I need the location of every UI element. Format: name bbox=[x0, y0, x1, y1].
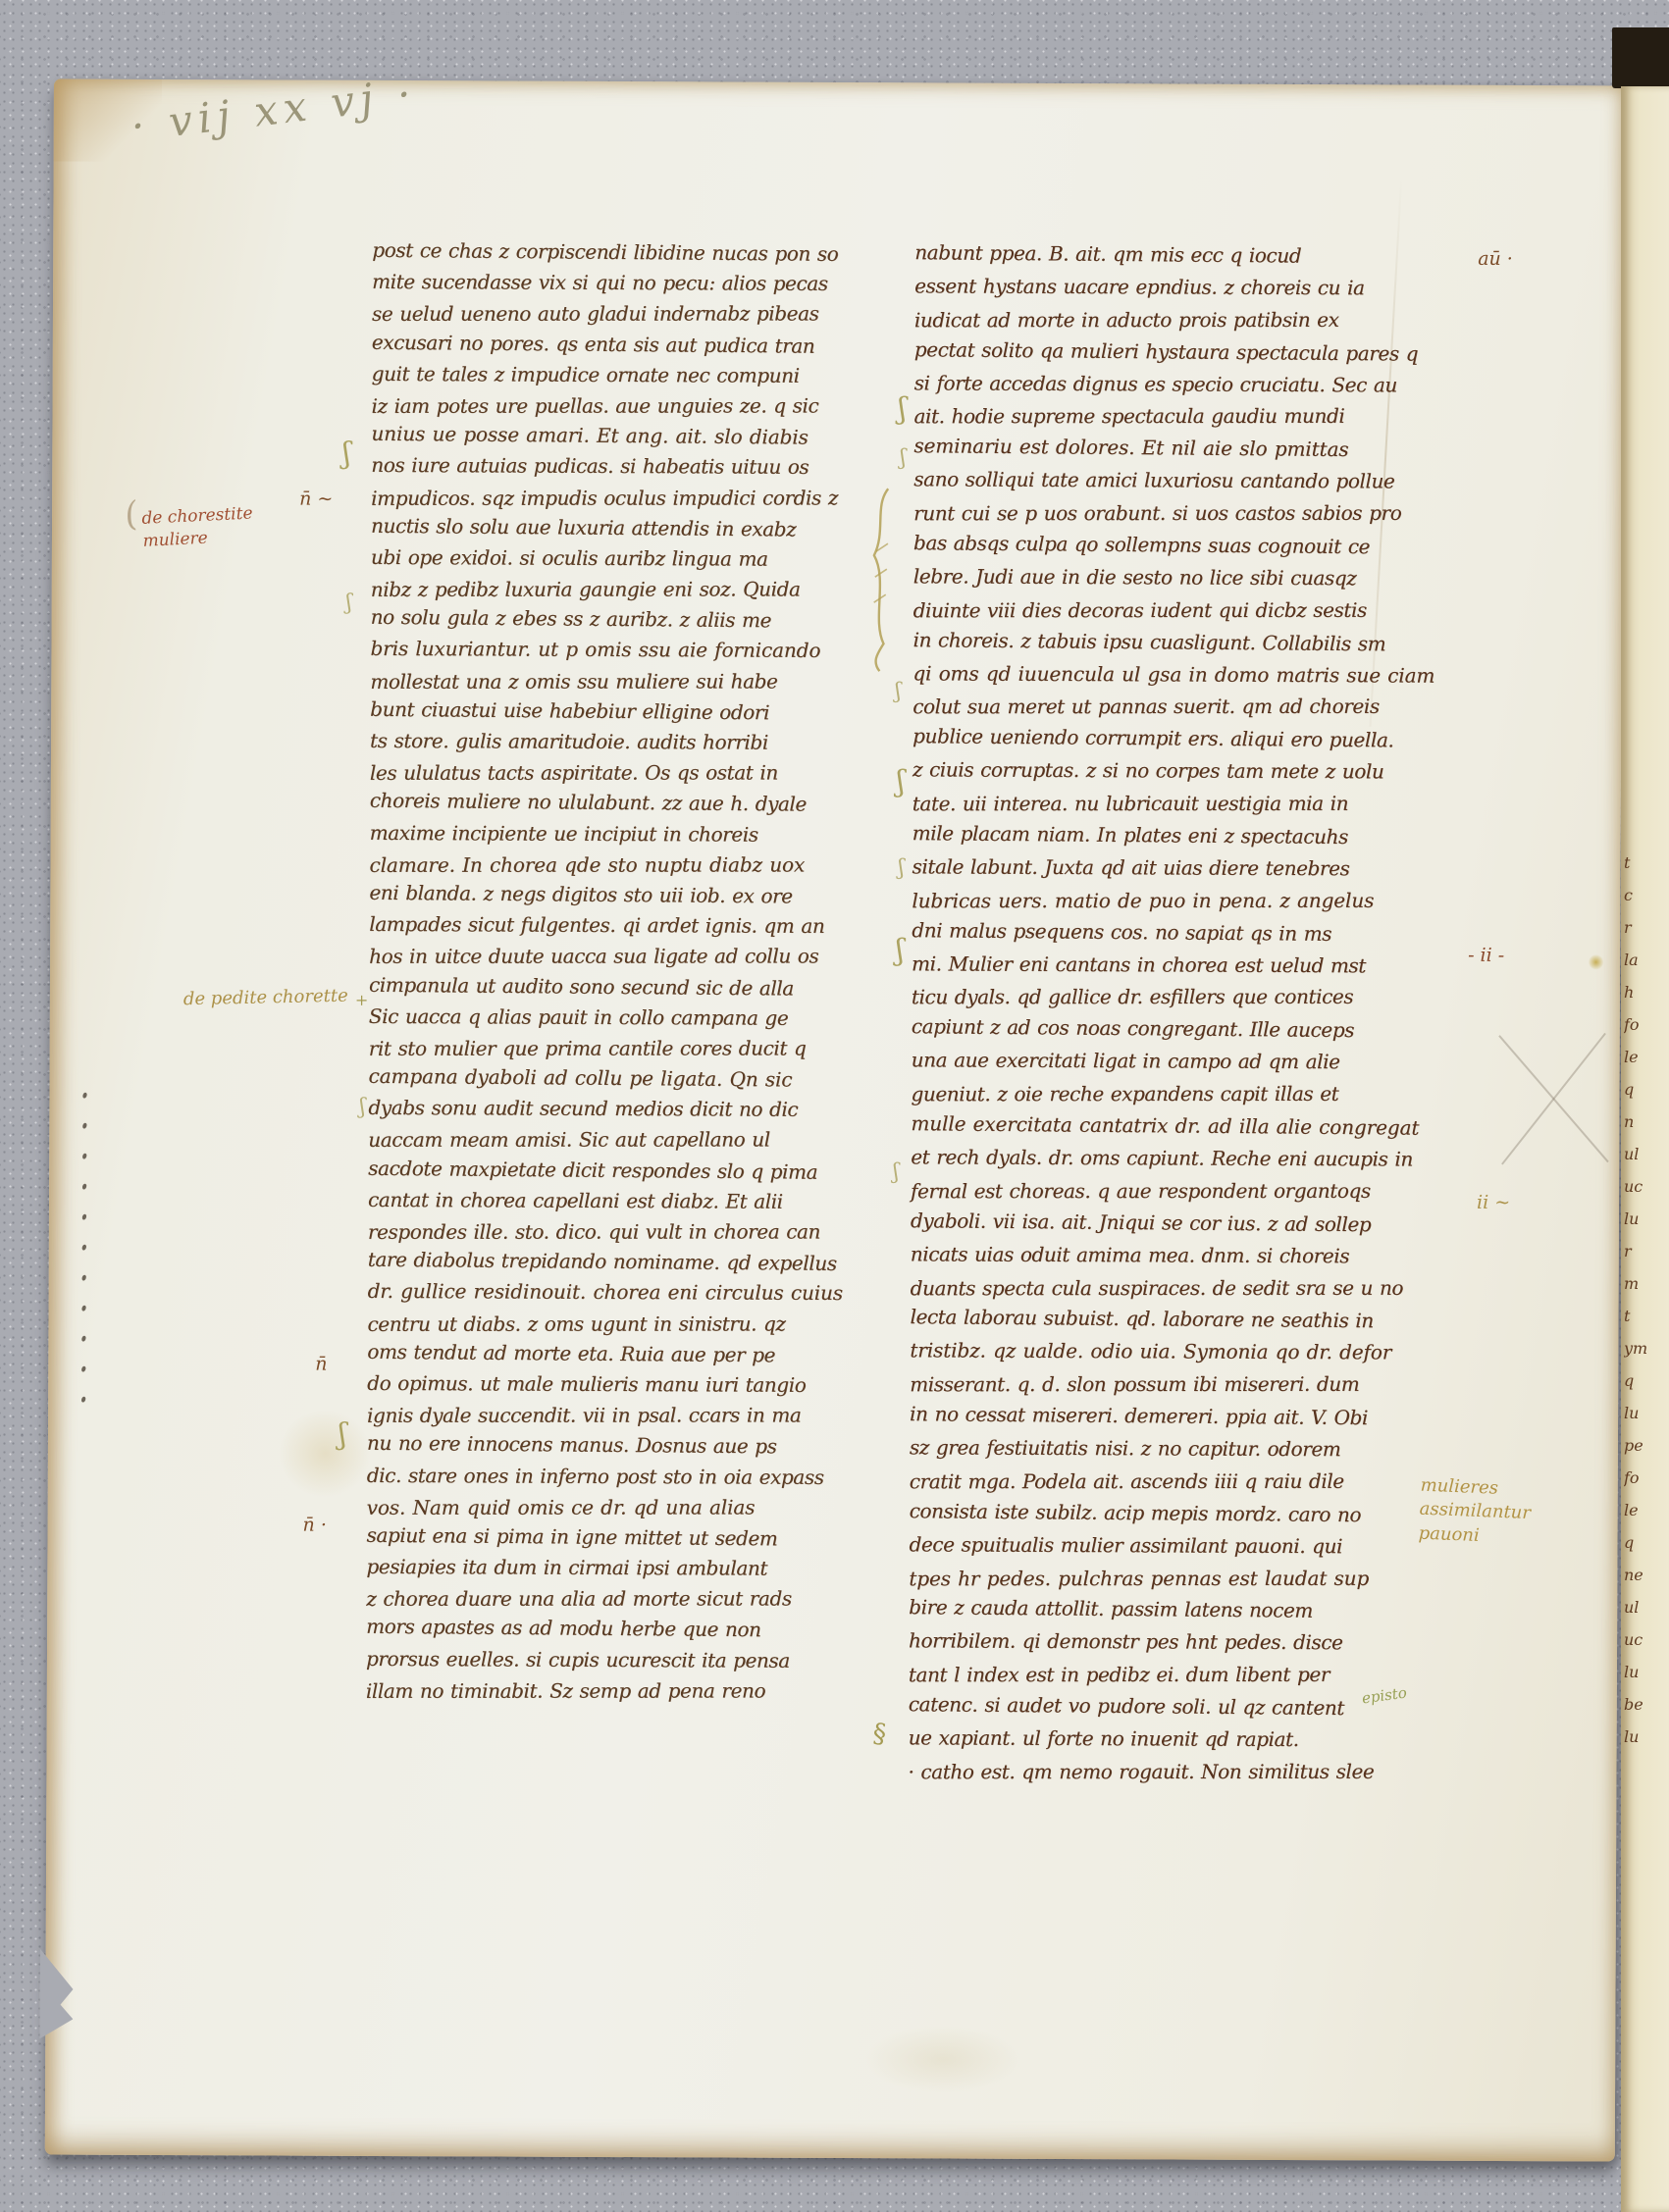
edge-fragment: pe bbox=[1624, 1436, 1669, 1468]
edge-fragment: be bbox=[1624, 1695, 1669, 1727]
edge-fragment: h bbox=[1624, 983, 1669, 1015]
text-line: z chorea duare una alia ad morte sicut r… bbox=[366, 1587, 896, 1619]
text-line: mile placam niam. In plates eni z specta… bbox=[913, 821, 1447, 858]
paraph-mark-icon bbox=[900, 447, 906, 469]
paraph-mark-icon bbox=[873, 1719, 887, 1749]
nota-mark: aū · bbox=[1478, 248, 1513, 270]
paraph-mark-icon bbox=[896, 936, 904, 965]
paraph-mark-icon bbox=[342, 439, 350, 469]
margin-note-ochre-right: mulieres assimilantur pauoni bbox=[1418, 1474, 1532, 1550]
paraph-mark-icon bbox=[359, 1097, 365, 1118]
text-line: si forte accedas dignus es specio crucia… bbox=[914, 371, 1449, 405]
text-line: bris luxuriantur. ut p omis ssu aie forn… bbox=[370, 637, 900, 670]
text-line: centru ut diabs. z oms ugunt in sinistru… bbox=[367, 1312, 897, 1343]
text-line: sz grea festiuitatis nisi. z no capitur.… bbox=[910, 1435, 1444, 1469]
text-line: sacdote maxpietate dicit respondes slo q… bbox=[368, 1156, 898, 1191]
text-line: guit te tales z impudice ornate nec comp… bbox=[372, 362, 902, 395]
text-line: cratit mga. Podela ait. ascends iiii q r… bbox=[910, 1469, 1444, 1502]
text-column-1: post ce chas z corpiscendi libidine nuca… bbox=[366, 239, 903, 1710]
text-line: eni blanda. z negs digitos sto uii iob. … bbox=[369, 881, 899, 916]
text-line: consista iste subilz. acip mepis mordz. … bbox=[909, 1499, 1443, 1536]
text-line: se uelud ueneno auto gladui indernabz pi… bbox=[372, 302, 902, 334]
text-line: in no cessat misereri. demereri. ppia ai… bbox=[910, 1402, 1444, 1439]
folio-number: · vij xx vj · bbox=[129, 69, 419, 150]
text-line: uaccam meam amisi. Sic aut capellano ul bbox=[368, 1128, 898, 1159]
text-line: lecta laborau subuist. qd. laborare ne s… bbox=[910, 1306, 1444, 1343]
text-line: lampades sicut fulgentes. qi ardet ignis… bbox=[369, 912, 899, 946]
text-line: tpes hr pedes. pulchras pennas est lauda… bbox=[909, 1566, 1443, 1598]
text-line: misserant. q. d. slon possum ibi miserer… bbox=[910, 1372, 1444, 1405]
text-line: ticu dyals. qd gallice dr. esfillers que… bbox=[912, 985, 1446, 1017]
text-line: lebre. Judi aue in die sesto no lice sib… bbox=[913, 564, 1448, 598]
text-line: sano solliqui tate amici luxuriosu canta… bbox=[913, 468, 1448, 502]
text-line: cantat in chorea capellani est diabz. Et… bbox=[368, 1188, 898, 1221]
edge-fragment: q bbox=[1624, 1533, 1669, 1566]
text-line: essent hystans uacare epndius. z choreis… bbox=[914, 274, 1449, 308]
edge-fragment: uc bbox=[1624, 1177, 1669, 1209]
nota-mark: n̄ · bbox=[303, 1515, 327, 1536]
edge-fragment: q bbox=[1624, 1080, 1669, 1112]
text-line: runt cui se p uos orabunt. si uos castos… bbox=[913, 501, 1448, 534]
text-line: oms tendut ad morte eta. Ruia aue per pe bbox=[367, 1339, 897, 1374]
text-line: impudicos. sqz impudis oculus impudici c… bbox=[371, 486, 901, 517]
text-line: qi oms qd iuuencula ul gsa in domo matri… bbox=[913, 661, 1447, 695]
margin-note-line: muliere bbox=[142, 525, 254, 552]
text-line: mors apastes as ad modu herbe que non bbox=[366, 1615, 896, 1650]
edge-fragment: ym bbox=[1624, 1339, 1669, 1371]
edge-fragment: fo bbox=[1624, 1468, 1669, 1501]
paraph-mark-icon bbox=[898, 857, 904, 879]
text-line: vos. Nam quid omis ce dr. qd una alias bbox=[367, 1495, 897, 1526]
paraph-mark-icon bbox=[339, 1420, 346, 1450]
text-line: respondes ille. sto. dico. qui vult in c… bbox=[368, 1219, 898, 1251]
text-line: tate. uii interea. nu lubricauit uestigi… bbox=[913, 792, 1447, 824]
edge-fragment: uc bbox=[1624, 1630, 1669, 1663]
text-line: publice ueniendo corrumpit ers. aliqui e… bbox=[913, 725, 1447, 762]
text-line: hos in uitce duute uacca sua ligate ad c… bbox=[369, 945, 899, 976]
edge-fragment: lu bbox=[1624, 1209, 1669, 1242]
edge-fragment: lu bbox=[1624, 1727, 1669, 1760]
text-line: pesiapies ita dum in cirmai ipsi ambulan… bbox=[366, 1555, 896, 1588]
text-line: horribilem. qi demonstr pes hnt pedes. d… bbox=[909, 1629, 1443, 1664]
margin-note-line: pauoni bbox=[1418, 1521, 1530, 1550]
text-line: colut sua meret ut pannas suerit. qm ad … bbox=[913, 694, 1447, 727]
text-line: ue xapiant. ul forte no inuenit qd rapia… bbox=[909, 1725, 1443, 1760]
paraph-mark-icon bbox=[898, 394, 906, 424]
pricking-holes bbox=[81, 1068, 87, 1427]
text-line: mite sucendasse vix si qui no pecu: alio… bbox=[372, 270, 902, 303]
parchment-stain bbox=[279, 1410, 372, 1498]
text-line: dyaboli. vii isa. ait. Jniqui se cor ius… bbox=[911, 1209, 1445, 1246]
text-line: · catho est. qm nemo rogauit. Non simili… bbox=[908, 1760, 1442, 1792]
edge-fragment: m bbox=[1624, 1274, 1669, 1307]
paraph-mark-icon bbox=[893, 1161, 899, 1183]
text-line: illam no timinabit. Sz semp ad pena reno bbox=[366, 1678, 896, 1710]
paraph-mark-icon bbox=[897, 767, 905, 797]
text-line: dic. stare ones in inferno post sto in o… bbox=[367, 1463, 897, 1496]
text-line: sitale labunt. Juxta qd ait uias diere t… bbox=[912, 854, 1446, 889]
x-plummet-mark bbox=[1470, 1027, 1628, 1175]
next-page-edge: tcrlahfoleqnuluclurmtymqlupefoleqneulucl… bbox=[1621, 86, 1669, 2212]
text-line: clamare. In chorea qde sto nuptu diabz u… bbox=[369, 852, 899, 884]
text-line: dr. gullice residinouit. chorea eni circ… bbox=[368, 1279, 898, 1312]
text-line: nos iure autuias pudicas. si habeatis ui… bbox=[371, 453, 901, 487]
nota-mark: n̄ bbox=[315, 1354, 327, 1375]
text-line: dece spuitualis mulier assimilant pauoni… bbox=[909, 1532, 1443, 1567]
text-line: maxime incipiente ue incipiut in choreis bbox=[370, 820, 900, 853]
parchment-stain bbox=[864, 2025, 1021, 2094]
text-line: choreis muliere no ululabunt. zz aue h. … bbox=[370, 789, 900, 824]
text-line: rit sto mulier que prima cantile cores d… bbox=[369, 1036, 899, 1067]
edge-fragment: q bbox=[1624, 1371, 1669, 1404]
text-line: post ce chas z corpiscendi libidine nuca… bbox=[372, 238, 902, 274]
plus-mark-icon bbox=[355, 991, 368, 1009]
edge-fragment: c bbox=[1624, 886, 1669, 918]
edge-fragment: r bbox=[1624, 918, 1669, 951]
margin-note-ochre-left: de pedite chorette bbox=[183, 985, 348, 1012]
text-line: prorsus euelles. si cupis ucurescit ita … bbox=[366, 1647, 896, 1680]
manuscript-page: · vij xx vj · post ce chas z corpiscendi… bbox=[45, 79, 1624, 2162]
text-line: Sic uacca q alias pauit in collo campana… bbox=[369, 1004, 899, 1038]
text-line: dyabs sonu audit secund medios dicit no … bbox=[368, 1096, 898, 1129]
nota-mark: - ii - bbox=[1468, 945, 1504, 966]
edge-fragment: r bbox=[1624, 1242, 1669, 1274]
edge-fragment: la bbox=[1624, 951, 1669, 983]
edge-fragment: lu bbox=[1624, 1404, 1669, 1436]
text-line: duants specta cula suspiraces. de sedit … bbox=[911, 1275, 1445, 1308]
edge-fragment: le bbox=[1624, 1048, 1669, 1080]
edge-fragment: le bbox=[1624, 1501, 1669, 1533]
text-line: mi. Mulier eni cantans in chorea est uel… bbox=[912, 952, 1446, 986]
edge-fragment: ne bbox=[1624, 1566, 1669, 1598]
text-line: diuinte viii dies decoras iudent qui dic… bbox=[913, 598, 1448, 631]
margin-note-red: de chorestite muliere bbox=[141, 502, 254, 552]
edge-fragment: n bbox=[1624, 1112, 1669, 1145]
edge-fragment: t bbox=[1624, 1307, 1669, 1339]
paraph-mark-icon bbox=[895, 681, 901, 702]
text-line: lubricas uers. matio de puo in pena. z a… bbox=[912, 889, 1446, 921]
text-line: ait. hodie supreme spectacula gaudiu mun… bbox=[913, 404, 1448, 437]
text-line: do opimus. ut male mulieris manu iuri ta… bbox=[367, 1371, 897, 1405]
text-line: iudicat ad morte in aducto prois patibsi… bbox=[914, 308, 1449, 340]
next-page-fragments: tcrlahfoleqnuluclurmtymqlupefoleqneulucl… bbox=[1624, 853, 1669, 1760]
nota-mark: n̄ ~ bbox=[299, 489, 333, 510]
black-binding-patch bbox=[1612, 27, 1669, 88]
text-line: excusari no pores. qs enta sis aut pudic… bbox=[372, 330, 902, 365]
text-line: capiunt z ad cos noas congregant. Ille a… bbox=[912, 1015, 1446, 1053]
text-line: ignis dyale succendit. vii in psal. ccar… bbox=[367, 1403, 897, 1434]
edge-fragment: ul bbox=[1624, 1598, 1669, 1630]
margin-paren-icon: ( bbox=[121, 494, 141, 536]
text-line: ubi ope exidoi. si oculis auribz lingua … bbox=[371, 545, 901, 579]
text-line: seminariu est dolores. Et nil aie slo pm… bbox=[913, 434, 1448, 471]
text-line: les ululatus tacts aspiritate. Os qs ost… bbox=[370, 761, 900, 793]
text-line: fernal est choreas. q aue respondent org… bbox=[911, 1179, 1445, 1211]
text-line: gueniut. z oie reche expandens capit ill… bbox=[911, 1082, 1445, 1114]
text-line: bire z cauda attollit. passim latens noc… bbox=[909, 1596, 1443, 1633]
text-line: mollestat una z omis ssu muliere sui hab… bbox=[370, 669, 900, 700]
text-line: nicats uias oduit amima mea. dnm. si cho… bbox=[911, 1242, 1445, 1276]
pigment-blob bbox=[1589, 954, 1603, 969]
manuscript-photo: { "photo": { "backdrop_color": "#a9abb2"… bbox=[0, 0, 1669, 2212]
edge-fragment: fo bbox=[1624, 1015, 1669, 1048]
text-line: ts store. gulis amaritudoie. audits horr… bbox=[370, 729, 900, 762]
text-line: bas absqs culpa qo sollempns suas cognou… bbox=[913, 531, 1448, 568]
text-line: z ciuis corruptas. z si no corpes tam me… bbox=[913, 758, 1447, 793]
text-line: nu no ere innocens manus. Dosnus aue ps bbox=[367, 1431, 897, 1466]
text-line: bunt ciuastui uise habebiur elligine odo… bbox=[370, 697, 900, 733]
text-line: iz iam potes ure puellas. aue unguies ze… bbox=[372, 393, 902, 425]
text-line: mulle exercitata cantatrix dr. ad illa a… bbox=[911, 1111, 1445, 1149]
text-line: dni malus psequens cos. no sapiat qs in … bbox=[912, 918, 1446, 955]
text-line: tristibz. qz ualde. odio uia. Symonia qo… bbox=[910, 1339, 1444, 1373]
text-line: unius ue posse amari. Et ang. ait. slo d… bbox=[371, 422, 901, 457]
edge-fragment: t bbox=[1624, 853, 1669, 886]
edge-fragment: ul bbox=[1624, 1145, 1669, 1177]
nota-mark: ii ~ bbox=[1477, 1192, 1510, 1213]
text-line: una aue exercitati ligat in campo ad qm … bbox=[912, 1049, 1446, 1083]
text-line: nuctis slo solu aue luxuria attendis in … bbox=[371, 513, 901, 548]
text-line: et rech dyals. dr. oms capiunt. Reche en… bbox=[911, 1145, 1445, 1179]
paraph-mark-icon bbox=[346, 592, 352, 614]
text-line: campana dyaboli ad collu pe ligata. Qn s… bbox=[368, 1064, 898, 1100]
page-edge-nick bbox=[39, 1948, 73, 2038]
text-line: nibz z pedibz luxuria gaungie eni soz. Q… bbox=[371, 577, 901, 608]
text-line: nabunt ppea. B. ait. qm mis ecc q iocud bbox=[914, 240, 1449, 278]
text-line: in choreis. z tabuis ipsu cuasligunt. Co… bbox=[913, 628, 1447, 665]
text-line: sapiut ena si pima in igne mittet ut sed… bbox=[366, 1523, 896, 1559]
text-line: pectat solito qa mulieri hystaura specta… bbox=[914, 337, 1449, 375]
text-column-2: nabunt ppea. B. ait. qm mis ecc q iocude… bbox=[908, 241, 1449, 1792]
gutter-bracket-icon bbox=[867, 487, 896, 673]
text-line: no solu gula z ebes ss z auribz. z aliis… bbox=[370, 605, 900, 641]
text-line: cimpanula ut audito sono secund sic de a… bbox=[369, 972, 899, 1007]
text-line: tare diabolus trepidando nominame. qd ex… bbox=[368, 1248, 898, 1283]
edge-fragment: lu bbox=[1624, 1663, 1669, 1695]
